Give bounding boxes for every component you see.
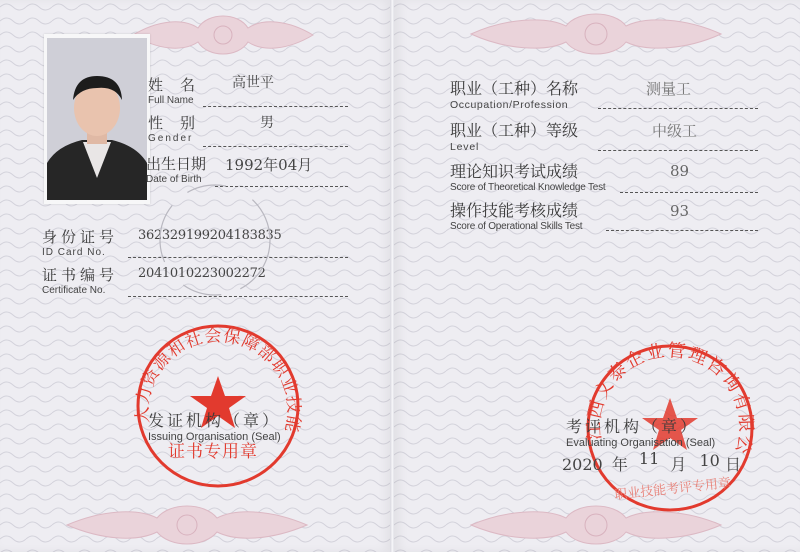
theory-score-en-label: Score of Theoretical Knowledge Test bbox=[450, 182, 606, 193]
portrait-icon bbox=[47, 38, 147, 200]
field-issuing-org: 发证机构（章） Issuing Organisation (Seal) bbox=[148, 408, 281, 443]
field-theory-score: 理论知识考试成绩 Score of Theoretical Knowledge … bbox=[450, 159, 606, 193]
gender-en-label: Gender bbox=[148, 133, 196, 144]
dob-cn-label: 出生日期 bbox=[146, 153, 206, 174]
dob-value: 1992年04月 bbox=[225, 154, 312, 175]
evaluating-org-cn-label: 考评机构（章） bbox=[566, 414, 715, 437]
certificate-right-page: 职业（工种）名称 Occupation/Profession 测量工 职业（工种… bbox=[394, 0, 800, 552]
occupation-value: 测量工 bbox=[646, 78, 691, 99]
certificate-left-page: 姓 名 Full Name 高世平 性 别 Gender 男 出生日期 Date… bbox=[0, 0, 392, 552]
level-underline bbox=[598, 150, 758, 151]
date-day-unit: 日 bbox=[725, 455, 741, 474]
occupation-cn-label: 职业（工种）名称 bbox=[450, 76, 578, 99]
date-day: 10 bbox=[699, 451, 719, 470]
gender-underline bbox=[203, 146, 348, 147]
theory-score-value: 89 bbox=[670, 162, 689, 180]
gender-cn-label: 性 别 bbox=[148, 112, 196, 133]
evaluation-date: 2020 年 11 月 10 日 bbox=[562, 452, 741, 475]
field-id-card: 身份证号 ID Card No. bbox=[42, 226, 118, 258]
evaluating-org-en-label: Evaluating Organisation (Seal) bbox=[566, 437, 715, 449]
level-cn-label: 职业（工种）等级 bbox=[450, 118, 578, 141]
id-card-en-label: ID Card No. bbox=[42, 247, 118, 258]
skills-score-underline bbox=[606, 230, 758, 231]
field-gender: 性 别 Gender bbox=[148, 112, 196, 144]
bottom-left-ornament bbox=[62, 502, 312, 548]
date-month-unit: 月 bbox=[670, 455, 686, 474]
date-year: 2020 bbox=[562, 455, 603, 474]
field-occupation: 职业（工种）名称 Occupation/Profession bbox=[450, 76, 578, 111]
full-name-value: 高世平 bbox=[232, 72, 274, 92]
issuing-org-cn-label: 发证机构（章） bbox=[148, 408, 281, 431]
level-en-label: Level bbox=[450, 141, 578, 153]
skills-score-cn-label: 操作技能考核成绩 bbox=[450, 198, 582, 221]
occupation-underline bbox=[598, 108, 758, 109]
field-full-name: 姓 名 Full Name bbox=[148, 74, 196, 106]
certificate-no-en-label: Certificate No. bbox=[42, 285, 118, 296]
field-evaluating-org: 考评机构（章） Evaluating Organisation (Seal) bbox=[566, 414, 715, 449]
issuing-org-en-label: Issuing Organisation (Seal) bbox=[148, 431, 281, 443]
full-name-en-label: Full Name bbox=[148, 95, 196, 106]
field-level: 职业（工种）等级 Level bbox=[450, 118, 578, 153]
faint-photo-stamp bbox=[150, 180, 280, 304]
top-left-ornament bbox=[128, 10, 318, 60]
field-skills-score: 操作技能考核成绩 Score of Operational Skills Tes… bbox=[450, 198, 582, 232]
holder-photo bbox=[44, 34, 150, 204]
full-name-underline bbox=[203, 106, 348, 107]
full-name-cn-label: 姓 名 bbox=[148, 74, 196, 95]
skills-score-value: 93 bbox=[670, 202, 689, 220]
field-certificate-no: 证书编号 Certificate No. bbox=[42, 264, 118, 296]
gender-value: 男 bbox=[260, 112, 274, 132]
theory-score-underline bbox=[620, 192, 758, 193]
theory-score-cn-label: 理论知识考试成绩 bbox=[450, 159, 606, 182]
certificate-no-cn-label: 证书编号 bbox=[42, 264, 118, 285]
level-value: 中级工 bbox=[652, 120, 697, 141]
issuing-seal: 人力资源和社会保障部职业技能考评工作委员会 bbox=[128, 318, 308, 492]
id-card-cn-label: 身份证号 bbox=[42, 226, 118, 247]
top-right-ornament bbox=[466, 8, 726, 60]
skills-score-en-label: Score of Operational Skills Test bbox=[450, 221, 582, 232]
date-month: 11 bbox=[639, 449, 659, 468]
date-year-unit: 年 bbox=[612, 455, 628, 474]
occupation-en-label: Occupation/Profession bbox=[450, 99, 578, 111]
